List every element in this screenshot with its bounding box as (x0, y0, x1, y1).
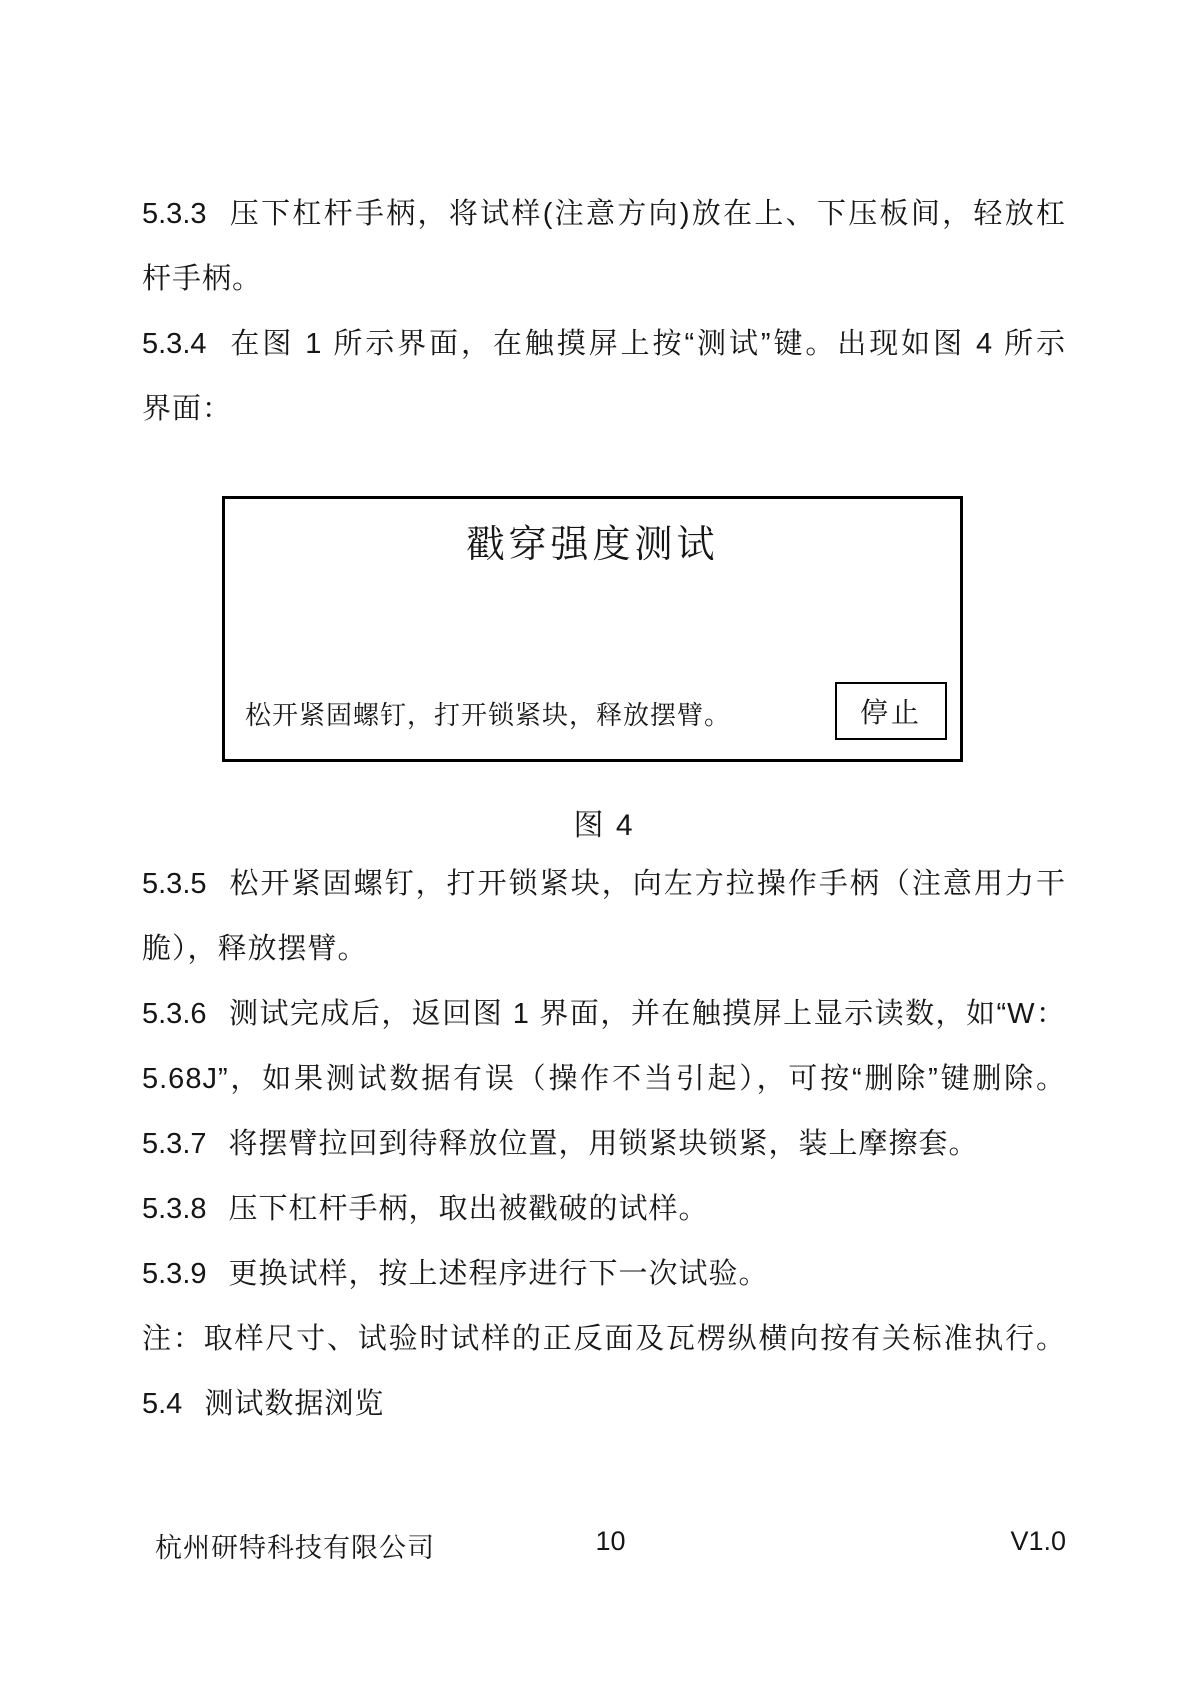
section-line-continuation: 界面： (142, 391, 1066, 428)
section-line-5-3-6: 5.3.6测试完成后，返回图 1 界面，并在触摸屏上显示读数，如“W： (142, 996, 1066, 1033)
document-page: 5.3.3压下杠杆手柄，将试样(注意方向)放在上、下压板间，轻放杠 杆手柄。 5… (0, 0, 1200, 1702)
footer-page-number: 10 (155, 1526, 1066, 1557)
section-line-continuation: 杆手柄。 (142, 261, 1066, 298)
footer-version: V1.0 (1010, 1526, 1066, 1557)
section-line-5-3-4: 5.3.4在图 1 所示界面，在触摸屏上按“测试”键。出现如图 4 所示 (142, 326, 1066, 363)
section-line-5-3-5: 5.3.5松开紧固螺钉，打开锁紧块，向左方拉操作手柄（注意用力干 (142, 866, 1066, 903)
section-text: 杆手柄。 (142, 263, 262, 295)
section-text: 将摆臂拉回到待释放位置，用锁紧块锁紧，装上摩擦套。 (229, 1128, 979, 1160)
section-line-5-3-3: 5.3.3压下杠杆手柄，将试样(注意方向)放在上、下压板间，轻放杠 (142, 196, 1066, 233)
section-number: 5.3.3 (142, 196, 207, 233)
section-line-continuation: 5.68J”，如果测试数据有误（操作不当引起），可按“删除”键删除。 (142, 1061, 1066, 1098)
note-line: 注：取样尺寸、试验时试样的正反面及瓦楞纵横向按有关标准执行。 (142, 1321, 1066, 1358)
note-text: 注：取样尺寸、试验时试样的正反面及瓦楞纵横向按有关标准执行。 (142, 1323, 1066, 1355)
section-number: 5.3.5 (142, 866, 207, 903)
section-number: 5.3.4 (142, 326, 207, 363)
panel-status-message: 松开紧固螺钉，打开锁紧块，释放摆臂。 (245, 695, 731, 732)
section-text: 测试数据浏览 (204, 1388, 384, 1420)
section-line-5-3-7: 5.3.7将摆臂拉回到待释放位置，用锁紧块锁紧，装上摩擦套。 (142, 1126, 1066, 1163)
section-line-5-3-8: 5.3.8压下杠杆手柄，取出被戳破的试样。 (142, 1191, 1066, 1228)
page-footer: 杭州研特科技有限公司 10 V1.0 (155, 1526, 1066, 1562)
section-text: 测试完成后，返回图 1 界面，并在触摸屏上显示读数，如“W： (229, 998, 1067, 1030)
section-number: 5.4 (142, 1386, 182, 1423)
section-line-continuation: 脆），释放摆臂。 (142, 931, 1066, 968)
section-line-5-3-9: 5.3.9更换试样，按上述程序进行下一次试验。 (142, 1256, 1066, 1293)
section-number: 5.3.7 (142, 1126, 207, 1163)
section-text: 压下杠杆手柄，将试样(注意方向)放在上、下压板间，轻放杠 (229, 198, 1067, 230)
section-heading-5-4: 5.4测试数据浏览 (142, 1386, 1066, 1423)
section-text: 界面： (142, 393, 232, 425)
figure-caption: 图 4 (142, 800, 1066, 844)
section-text: 压下杠杆手柄，取出被戳破的试样。 (229, 1193, 709, 1225)
section-text: 松开紧固螺钉，打开锁紧块，向左方拉操作手柄（注意用力干 (229, 868, 1067, 900)
panel-title: 戳穿强度测试 (225, 513, 960, 568)
figure-4-panel: 戳穿强度测试 松开紧固螺钉，打开锁紧块，释放摆臂。 停止 (222, 496, 963, 762)
section-text: 更换试样，按上述程序进行下一次试验。 (229, 1258, 769, 1290)
section-text: 脆），释放摆臂。 (142, 933, 368, 965)
section-text: 在图 1 所示界面，在触摸屏上按“测试”键。出现如图 4 所示 (229, 328, 1067, 360)
section-number: 5.3.6 (142, 996, 207, 1033)
section-number: 5.3.9 (142, 1256, 207, 1293)
section-text: 5.68J”，如果测试数据有误（操作不当引起），可按“删除”键删除。 (142, 1063, 1066, 1095)
stop-button: 停止 (835, 682, 947, 740)
section-number: 5.3.8 (142, 1191, 207, 1228)
